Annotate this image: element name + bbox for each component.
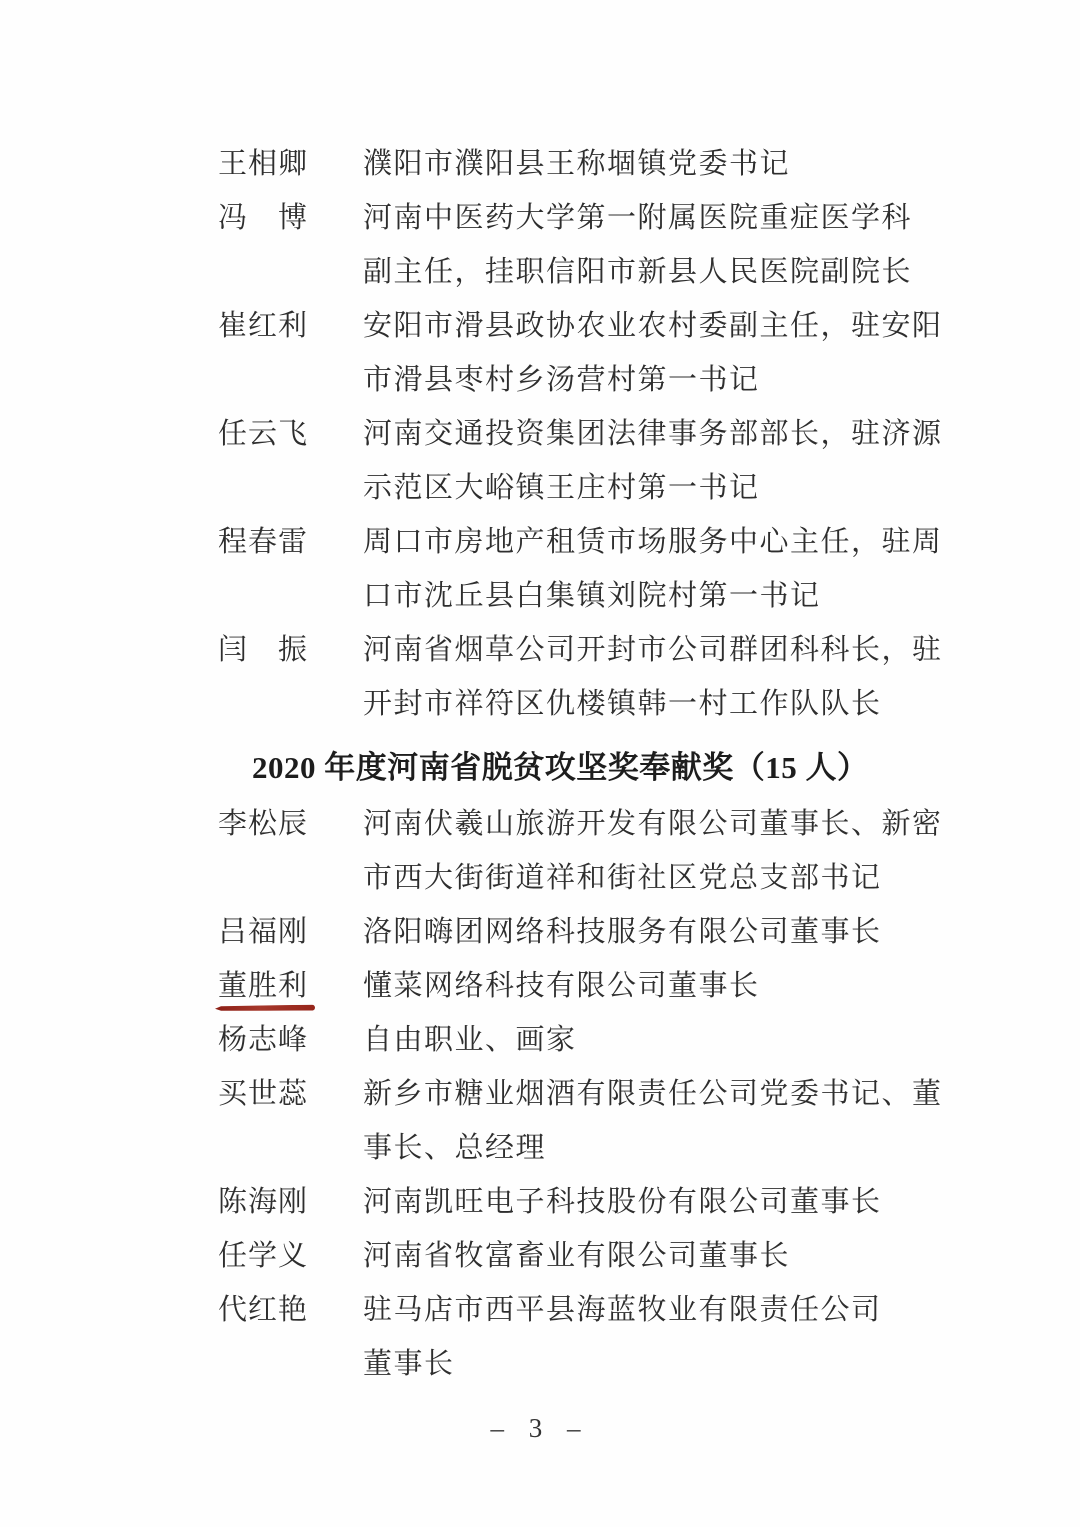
list-item: 示范区大峪镇王庄村第一书记: [218, 461, 940, 515]
document-page: 王相卿 濮阳市濮阳县王称堌镇党委书记 冯 博 河南中医药大学第一附属医院重症医学…: [0, 0, 1080, 1527]
list-item: 副主任，挂职信阳市新县人民医院副院长: [218, 245, 940, 299]
list-item: 王相卿 濮阳市濮阳县王称堌镇党委书记: [218, 137, 940, 191]
awardee-title: 口市沈丘县白集镇刘院村第一书记: [363, 569, 821, 623]
list-item: 代红艳 驻马店市西平县海蓝牧业有限责任公司: [218, 1283, 940, 1337]
awardee-title: 河南交通投资集团法律事务部部长，驻济源: [363, 407, 943, 461]
awardee-name-underlined: 董胜利: [218, 959, 308, 1013]
red-underline-annotation: [215, 1005, 315, 1012]
awardee-title: 市滑县枣村乡汤营村第一书记: [363, 353, 760, 407]
awardee-title: 河南省牧富畜业有限公司董事长: [363, 1229, 790, 1283]
awardee-name: 崔红利: [218, 299, 308, 353]
awardee-title: 新乡市糖业烟酒有限责任公司党委书记、董: [363, 1067, 943, 1121]
list-item: 任学义 河南省牧富畜业有限公司董事长: [218, 1229, 940, 1283]
awardee-name: [218, 677, 308, 731]
list-item: 市滑县枣村乡汤营村第一书记: [218, 353, 940, 407]
awardee-name: [218, 569, 308, 623]
awardee-name: [218, 461, 308, 515]
awardee-title: 副主任，挂职信阳市新县人民医院副院长: [363, 245, 912, 299]
awardee-title: 市西大街街道祥和街社区党总支部书记: [363, 851, 882, 905]
list-item: 杨志峰 自由职业、画家: [218, 1013, 940, 1067]
awardee-name: 董胜利: [218, 970, 308, 1002]
awardee-name: [218, 1121, 308, 1175]
awardee-title: 濮阳市濮阳县王称堌镇党委书记: [363, 137, 790, 191]
awardee-title: 河南凯旺电子科技股份有限公司董事长: [363, 1175, 882, 1229]
list-item: 董胜利 懂菜网络科技有限公司董事长: [218, 959, 940, 1013]
awardee-title: 自由职业、画家: [363, 1013, 577, 1067]
list-item: 程春雷 周口市房地产租赁市场服务中心主任，驻周: [218, 515, 940, 569]
page-number: – 3 –: [0, 1408, 1080, 1448]
list-item: 买世蕊 新乡市糖业烟酒有限责任公司党委书记、董: [218, 1067, 940, 1121]
awardee-name: [218, 245, 308, 299]
awardee-name: 任云飞: [218, 407, 308, 461]
awardee-name: [218, 353, 308, 407]
list-item: 任云飞 河南交通投资集团法律事务部部长，驻济源: [218, 407, 940, 461]
list-item: 闫 振 河南省烟草公司开封市公司群团科科长，驻: [218, 623, 940, 677]
awardee-title: 河南伏羲山旅游开发有限公司董事长、新密: [363, 797, 943, 851]
awardee-title: 示范区大峪镇王庄村第一书记: [363, 461, 760, 515]
awardee-name: [218, 1337, 308, 1391]
list-item: 崔红利 安阳市滑县政协农业农村委副主任，驻安阳: [218, 299, 940, 353]
awardee-name: [218, 851, 308, 905]
list-item: 陈海刚 河南凯旺电子科技股份有限公司董事长: [218, 1175, 940, 1229]
awardee-name: 冯 博: [218, 191, 308, 245]
awardee-name: 闫 振: [218, 623, 308, 677]
awardee-list: 王相卿 濮阳市濮阳县王称堌镇党委书记 冯 博 河南中医药大学第一附属医院重症医学…: [218, 137, 940, 1391]
awardee-name: 代红艳: [218, 1283, 308, 1337]
list-item: 开封市祥符区仇楼镇韩一村工作队队长: [218, 677, 940, 731]
awardee-name: 杨志峰: [218, 1013, 308, 1067]
list-item: 吕福刚 洛阳嗨团网络科技服务有限公司董事长: [218, 905, 940, 959]
awardee-title: 事长、总经理: [363, 1121, 546, 1175]
awardee-name: 程春雷: [218, 515, 308, 569]
list-item: 冯 博 河南中医药大学第一附属医院重症医学科: [218, 191, 940, 245]
awardee-name: 陈海刚: [218, 1175, 308, 1229]
awardee-name: 买世蕊: [218, 1067, 308, 1121]
awardee-title: 懂菜网络科技有限公司董事长: [363, 959, 760, 1013]
list-item: 事长、总经理: [218, 1121, 940, 1175]
awardee-name: 吕福刚: [218, 905, 308, 959]
awardee-title: 洛阳嗨团网络科技服务有限公司董事长: [363, 905, 882, 959]
list-item: 董事长: [218, 1337, 940, 1391]
awardee-title: 周口市房地产租赁市场服务中心主任，驻周: [363, 515, 943, 569]
list-item: 口市沈丘县白集镇刘院村第一书记: [218, 569, 940, 623]
section-heading: 2020 年度河南省脱贫攻坚奖奉献奖（15 人）: [252, 741, 940, 795]
list-item: 市西大街街道祥和街社区党总支部书记: [218, 851, 940, 905]
awardee-title: 驻马店市西平县海蓝牧业有限责任公司: [363, 1283, 882, 1337]
list-item: 李松辰 河南伏羲山旅游开发有限公司董事长、新密: [218, 797, 940, 851]
awardee-name: 任学义: [218, 1229, 308, 1283]
awardee-name: 李松辰: [218, 797, 308, 851]
awardee-title: 开封市祥符区仇楼镇韩一村工作队队长: [363, 677, 882, 731]
awardee-title: 安阳市滑县政协农业农村委副主任，驻安阳: [363, 299, 943, 353]
awardee-title: 董事长: [363, 1337, 455, 1391]
awardee-title: 河南中医药大学第一附属医院重症医学科: [363, 191, 912, 245]
awardee-name: 王相卿: [218, 137, 308, 191]
awardee-title: 河南省烟草公司开封市公司群团科科长，驻: [363, 623, 943, 677]
